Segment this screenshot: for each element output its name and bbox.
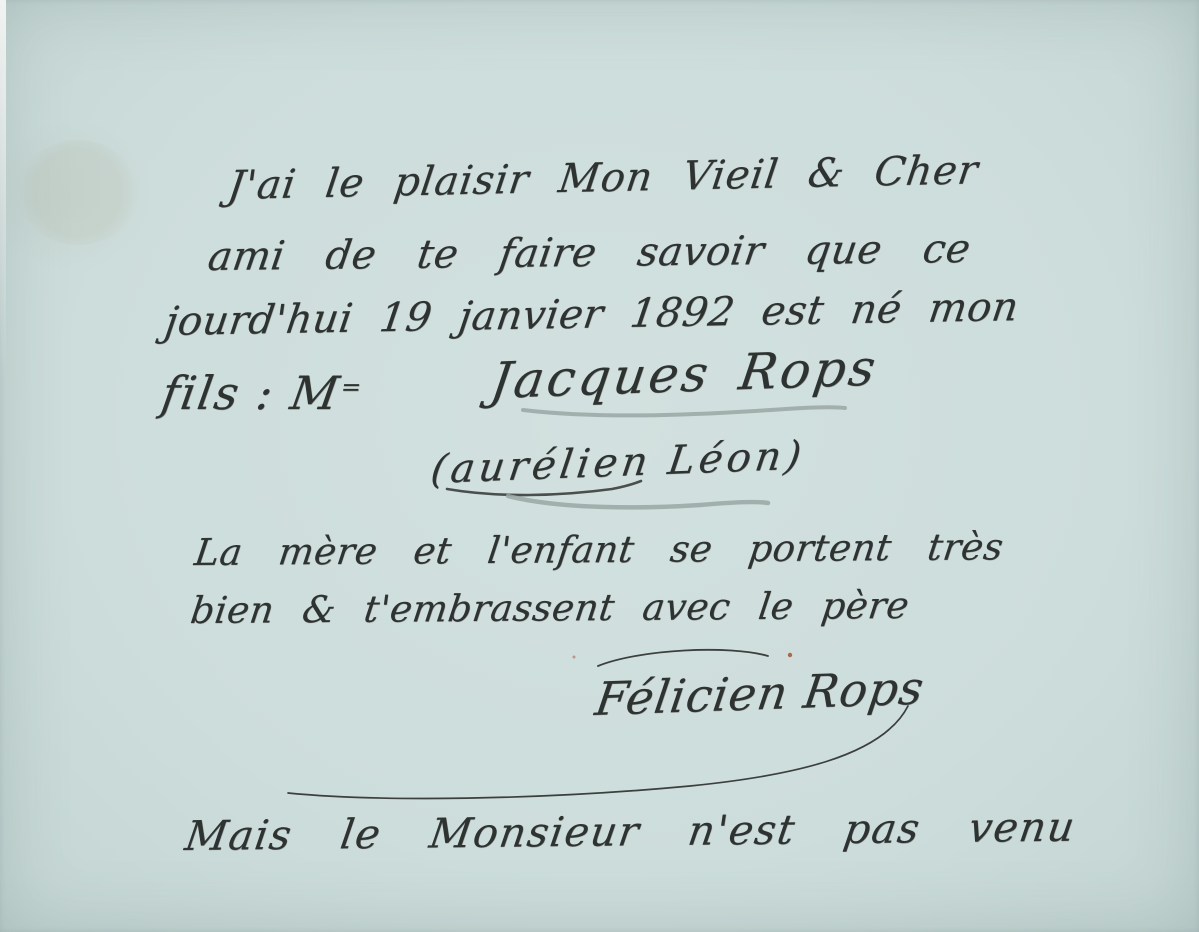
- ink-speck: [788, 653, 792, 657]
- postscript-line: Mais le Monsieur n'est pas venu: [182, 803, 1079, 860]
- letter-line-7: bien & t'embrassent avec le père: [188, 584, 912, 632]
- ink-speck: [573, 656, 576, 659]
- signature-f-flourish: [598, 650, 768, 666]
- scan-edge: [0, 0, 6, 380]
- child-name: Jacques Rops: [487, 339, 882, 410]
- letter-line-1: J'ai le plaisir Mon Vieil & Cher: [225, 147, 981, 209]
- pencil-underline-aurelien-leon: [508, 496, 768, 507]
- pencil-underline-jacques-rops: [523, 407, 845, 415]
- letter-paper: J'ai le plaisir Mon Vieil & Cher ami de …: [0, 0, 1199, 932]
- child-secondary-names: (aurélien Léon): [428, 433, 808, 493]
- signature: Félicien Rops: [592, 661, 928, 726]
- fils-label: fils : M: [158, 366, 344, 420]
- letter-line-2: ami de te faire savoir que ce: [205, 226, 974, 280]
- letter-line-3: jourd'hui 19 janvier 1892 est né mon: [162, 284, 1022, 345]
- letter-line-6: La mère et l'enfant se portent très: [192, 525, 1006, 574]
- paper-stain: [18, 140, 138, 245]
- superscript-abbreviation: =: [339, 373, 364, 401]
- letter-line-4-prefix: fils : M=: [158, 366, 365, 420]
